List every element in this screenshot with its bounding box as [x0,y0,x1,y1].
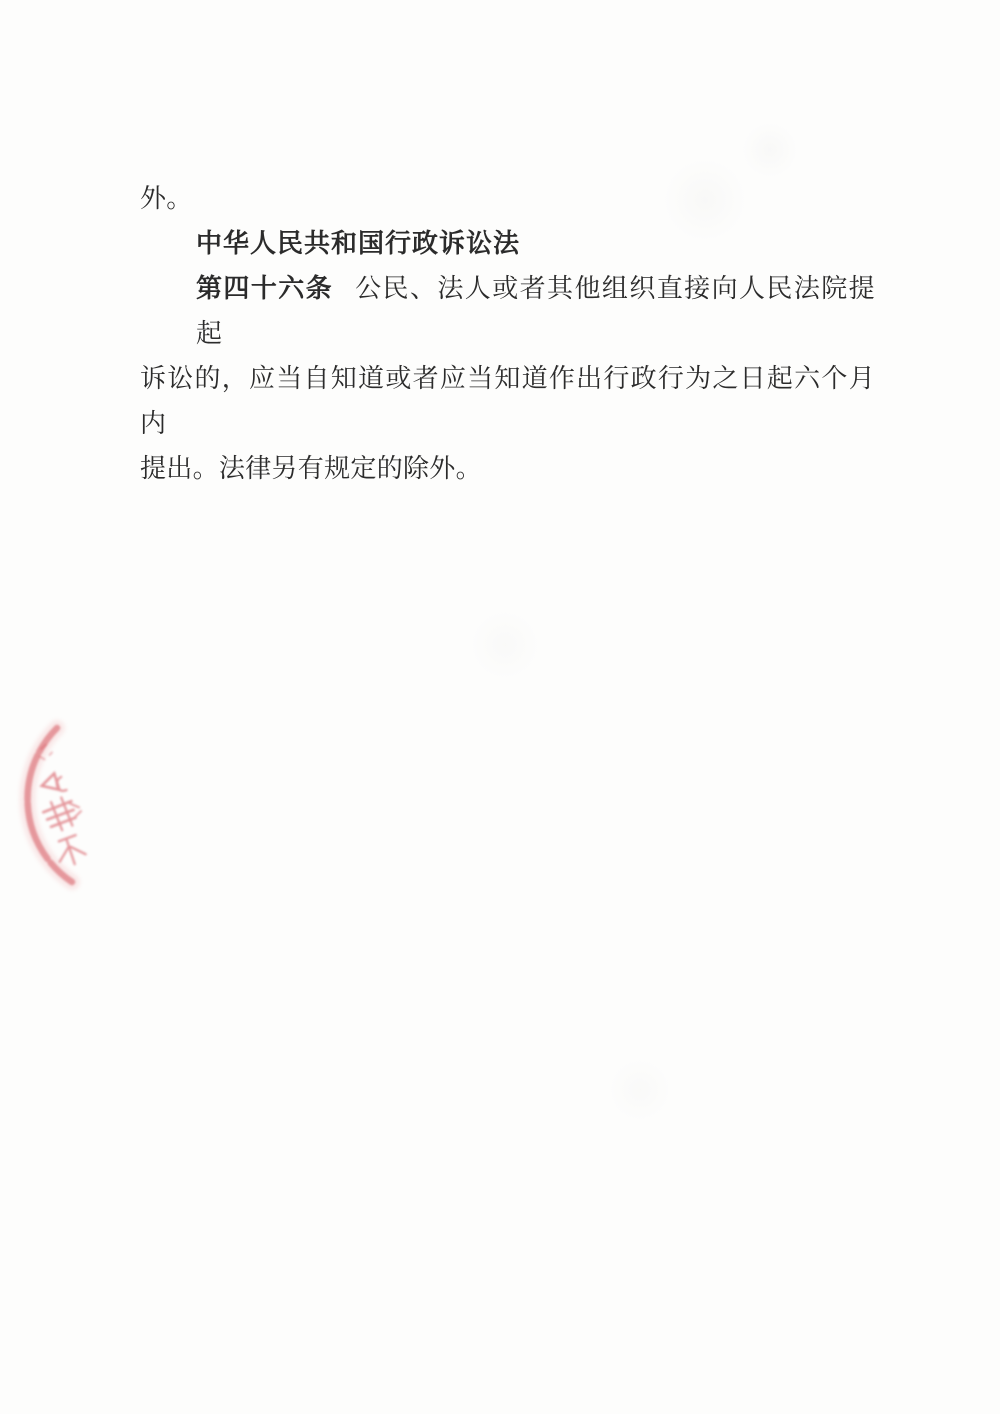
seal-border-arc [28,728,72,882]
article-number: 第四十六条 [196,274,333,303]
partial-red-seal [0,690,170,920]
seal-characters [28,740,94,868]
article-line-2: 诉讼的，应当自知道或者应当知道作出行政行为之日起六个月内 [140,356,875,446]
law-title: 中华人民共和国行政诉讼法 [140,221,875,266]
seal-ink-halo [28,728,72,882]
document-text-block: 外。 中华人民共和国行政诉讼法 第四十六条公民、法人或者其他组织直接向人民法院提… [140,176,875,491]
article-line-1: 第四十六条公民、法人或者其他组织直接向人民法院提起 [140,266,875,356]
scanned-document-page: 外。 中华人民共和国行政诉讼法 第四十六条公民、法人或者其他组织直接向人民法院提… [0,0,1000,1414]
continuation-text: 外。 [140,176,875,221]
article-line-3: 提出。法律另有规定的除外。 [140,446,875,491]
